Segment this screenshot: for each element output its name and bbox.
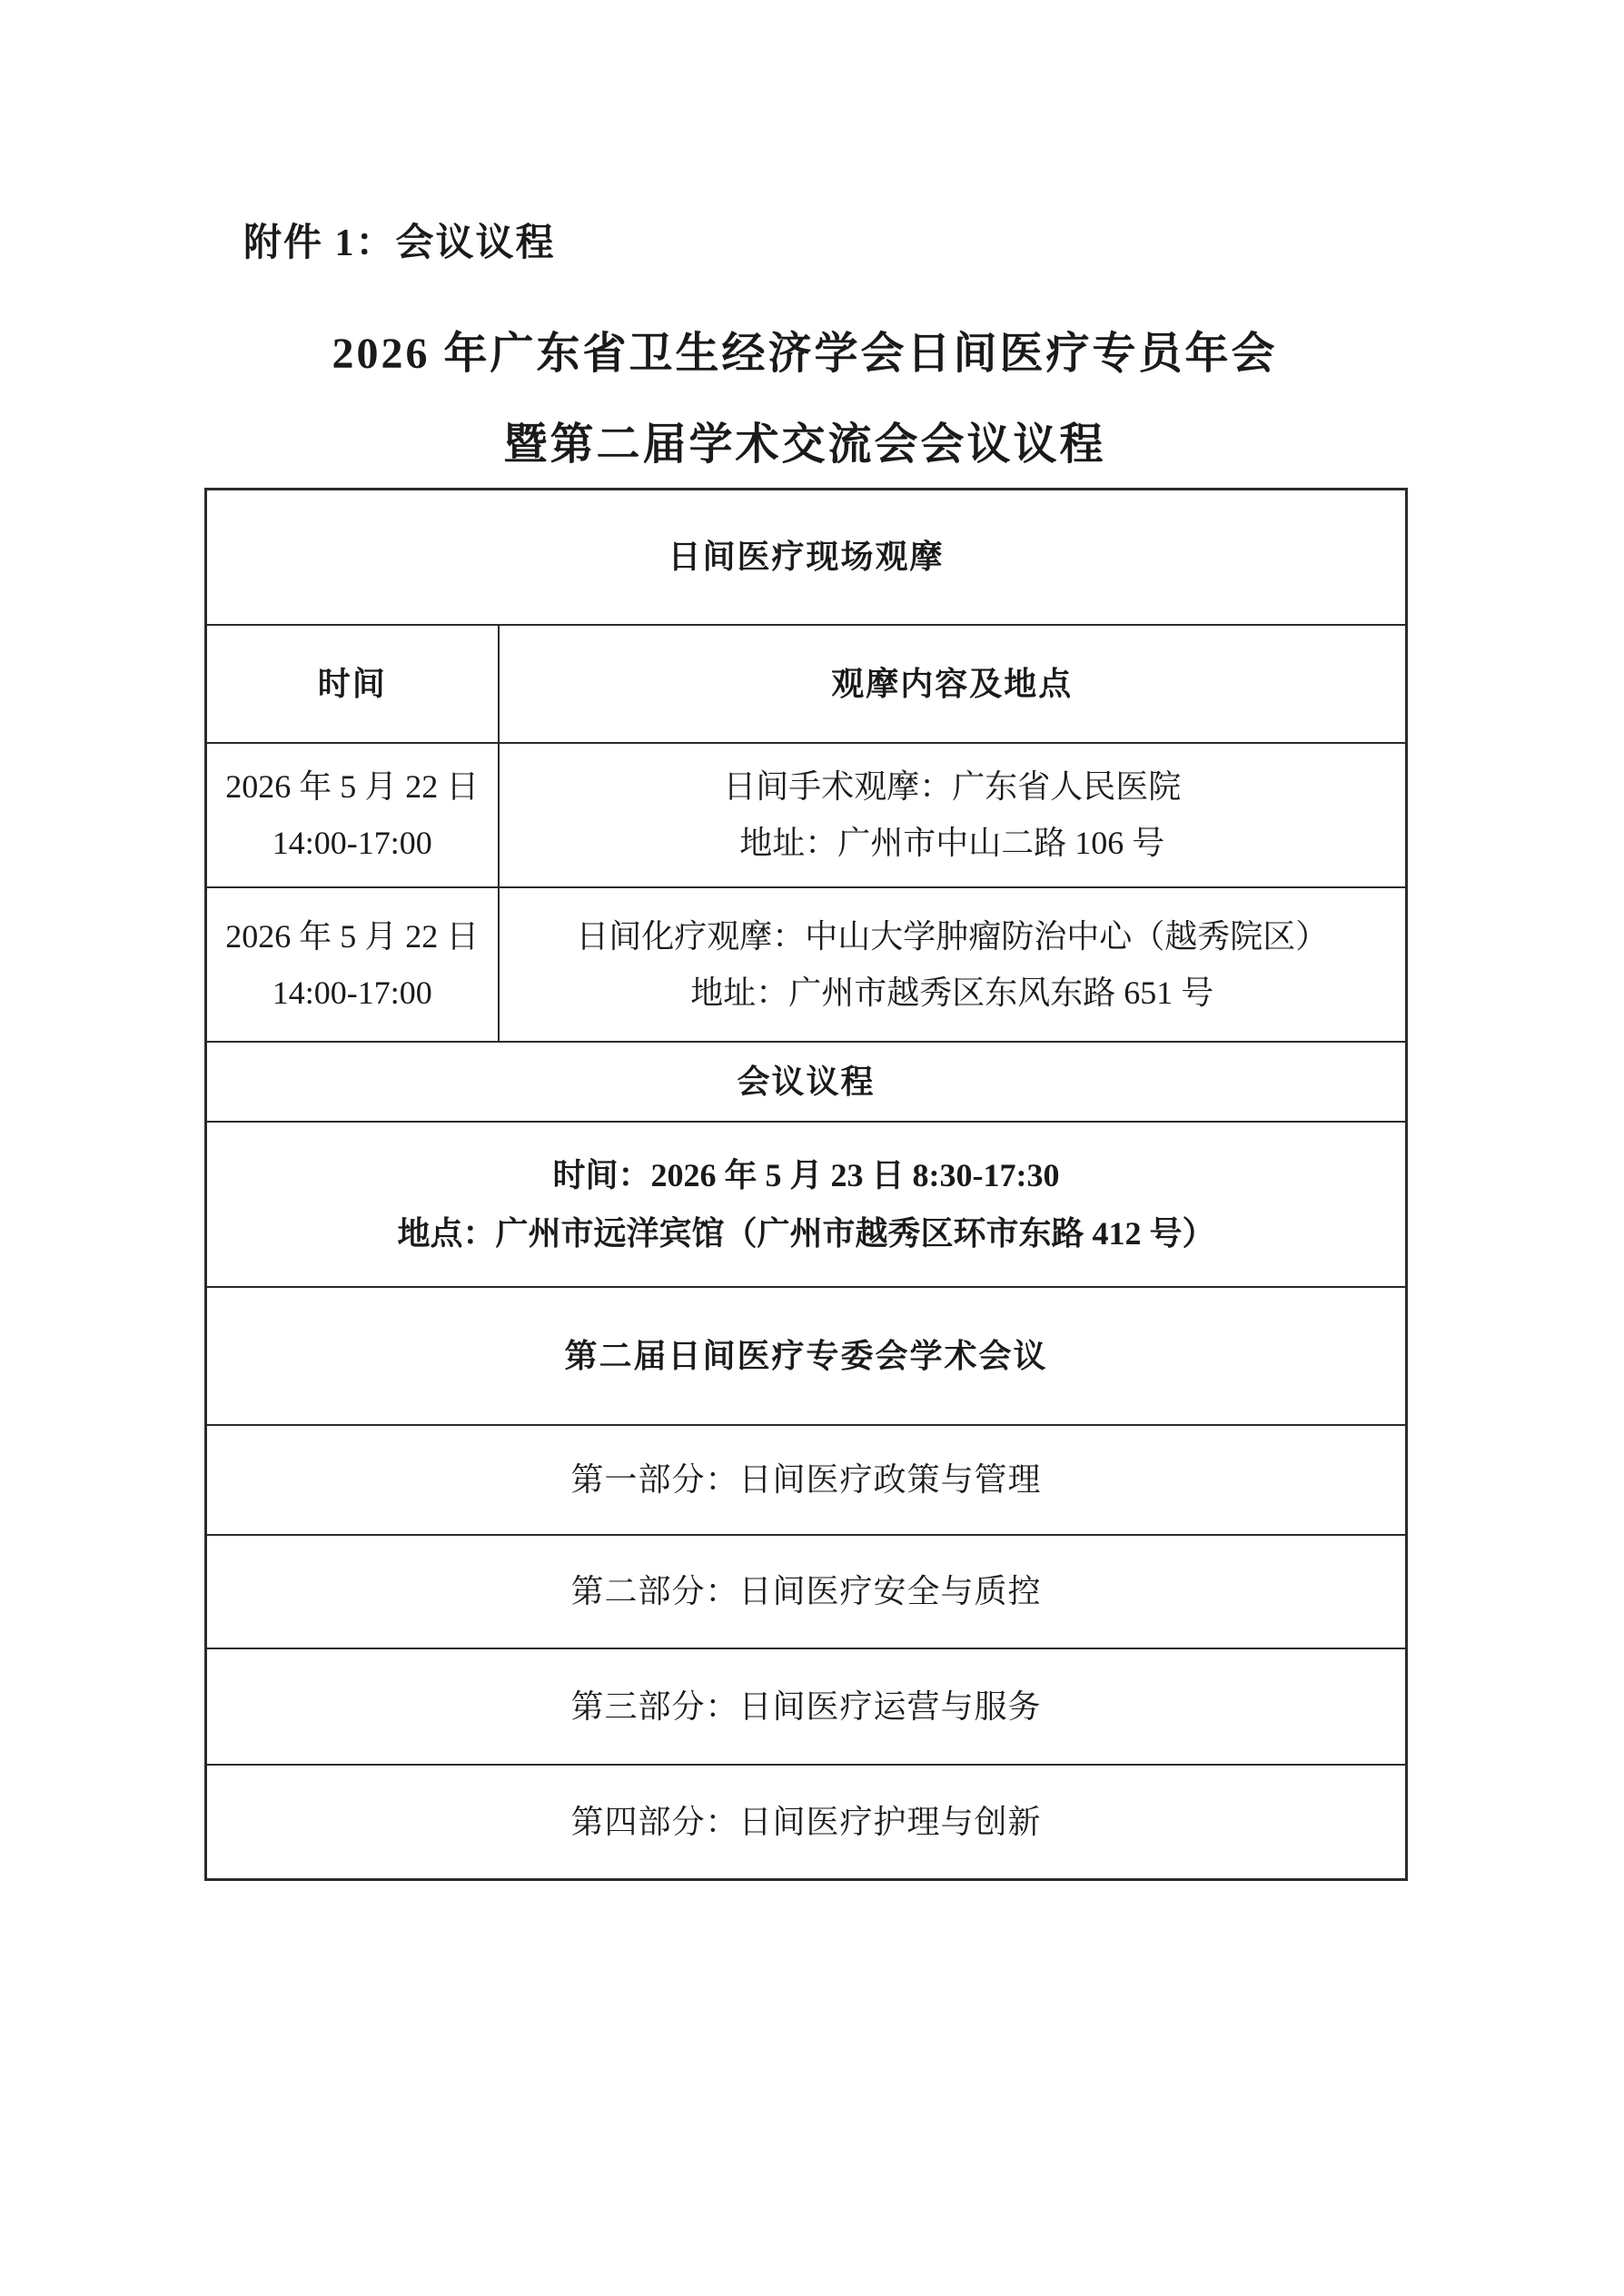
agenda-section-header: 会议议程 — [206, 1042, 1407, 1122]
observation-2-content-line2: 地址：广州市越秀区东风东路 651 号 — [500, 965, 1406, 1021]
observation-2-time: 14:00-17:00 — [207, 965, 498, 1021]
observation-1-time: 14:00-17:00 — [207, 815, 498, 871]
column-header-time: 时间 — [206, 625, 499, 743]
part-3-label: 第三部分：日间医疗运营与服务 — [206, 1648, 1407, 1765]
observation-2-content-line1: 日间化疗观摩：中山大学肿瘤防治中心（越秀院区） — [500, 908, 1406, 965]
conference-title: 第二届日间医疗专委会学术会议 — [206, 1287, 1407, 1425]
table-row-part-4: 第四部分：日间医疗护理与创新 — [206, 1765, 1407, 1880]
meeting-place-line: 地点：广州市远洋宾馆（广州市越秀区环市东路 412 号） — [207, 1204, 1405, 1262]
attachment-label: 附件 1：会议议程 — [243, 213, 556, 267]
observation-2-time-cell: 2026 年 5 月 22 日 14:00-17:00 — [206, 887, 499, 1042]
table-row-observation-1: 2026 年 5 月 22 日 14:00-17:00 日间手术观摩：广东省人民… — [206, 743, 1407, 887]
observation-1-time-cell: 2026 年 5 月 22 日 14:00-17:00 — [206, 743, 499, 887]
observation-2-content-cell: 日间化疗观摩：中山大学肿瘤防治中心（越秀院区） 地址：广州市越秀区东风东路 65… — [499, 887, 1407, 1042]
observation-section-header: 日间医疗现场观摩 — [206, 490, 1407, 625]
table-row-part-2: 第二部分：日间医疗安全与质控 — [206, 1535, 1407, 1648]
observation-1-date: 2026 年 5 月 22 日 — [207, 758, 498, 815]
part-2-label: 第二部分：日间医疗安全与质控 — [206, 1535, 1407, 1648]
table-row-part-3: 第三部分：日间医疗运营与服务 — [206, 1648, 1407, 1765]
observation-2-date: 2026 年 5 月 22 日 — [207, 908, 498, 965]
observation-1-content-line1: 日间手术观摩：广东省人民医院 — [500, 758, 1406, 815]
table-row-column-headers: 时间 观摩内容及地点 — [206, 625, 1407, 743]
agenda-table: 日间医疗现场观摩 时间 观摩内容及地点 2026 年 5 月 22 日 14:0… — [204, 488, 1408, 1881]
part-4-label: 第四部分：日间医疗护理与创新 — [206, 1765, 1407, 1880]
table-row-meeting-info: 时间：2026 年 5 月 23 日 8:30-17:30 地点：广州市远洋宾馆… — [206, 1122, 1407, 1287]
table-row-conference-title: 第二届日间医疗专委会学术会议 — [206, 1287, 1407, 1425]
observation-1-content-cell: 日间手术观摩：广东省人民医院 地址：广州市中山二路 106 号 — [499, 743, 1407, 887]
observation-1-content-line2: 地址：广州市中山二路 106 号 — [500, 815, 1406, 871]
table-row-agenda-section-header: 会议议程 — [206, 1042, 1407, 1122]
meeting-info-cell: 时间：2026 年 5 月 23 日 8:30-17:30 地点：广州市远洋宾馆… — [206, 1122, 1407, 1287]
table-row-observation-2: 2026 年 5 月 22 日 14:00-17:00 日间化疗观摩：中山大学肿… — [206, 887, 1407, 1042]
document-title-line2: 暨第二届学术交流会会议议程 — [204, 409, 1405, 471]
table-row-observation-section-header: 日间医疗现场观摩 — [206, 490, 1407, 625]
meeting-time-line: 时间：2026 年 5 月 23 日 8:30-17:30 — [207, 1146, 1405, 1204]
table-row-part-1: 第一部分：日间医疗政策与管理 — [206, 1425, 1407, 1535]
document-page: 附件 1：会议议程 2026 年广东省卫生经济学会日间医疗专员年会 暨第二届学术… — [0, 0, 1624, 2296]
part-1-label: 第一部分：日间医疗政策与管理 — [206, 1425, 1407, 1535]
column-header-content: 观摩内容及地点 — [499, 625, 1407, 743]
document-title-line1: 2026 年广东省卫生经济学会日间医疗专员年会 — [204, 318, 1405, 381]
